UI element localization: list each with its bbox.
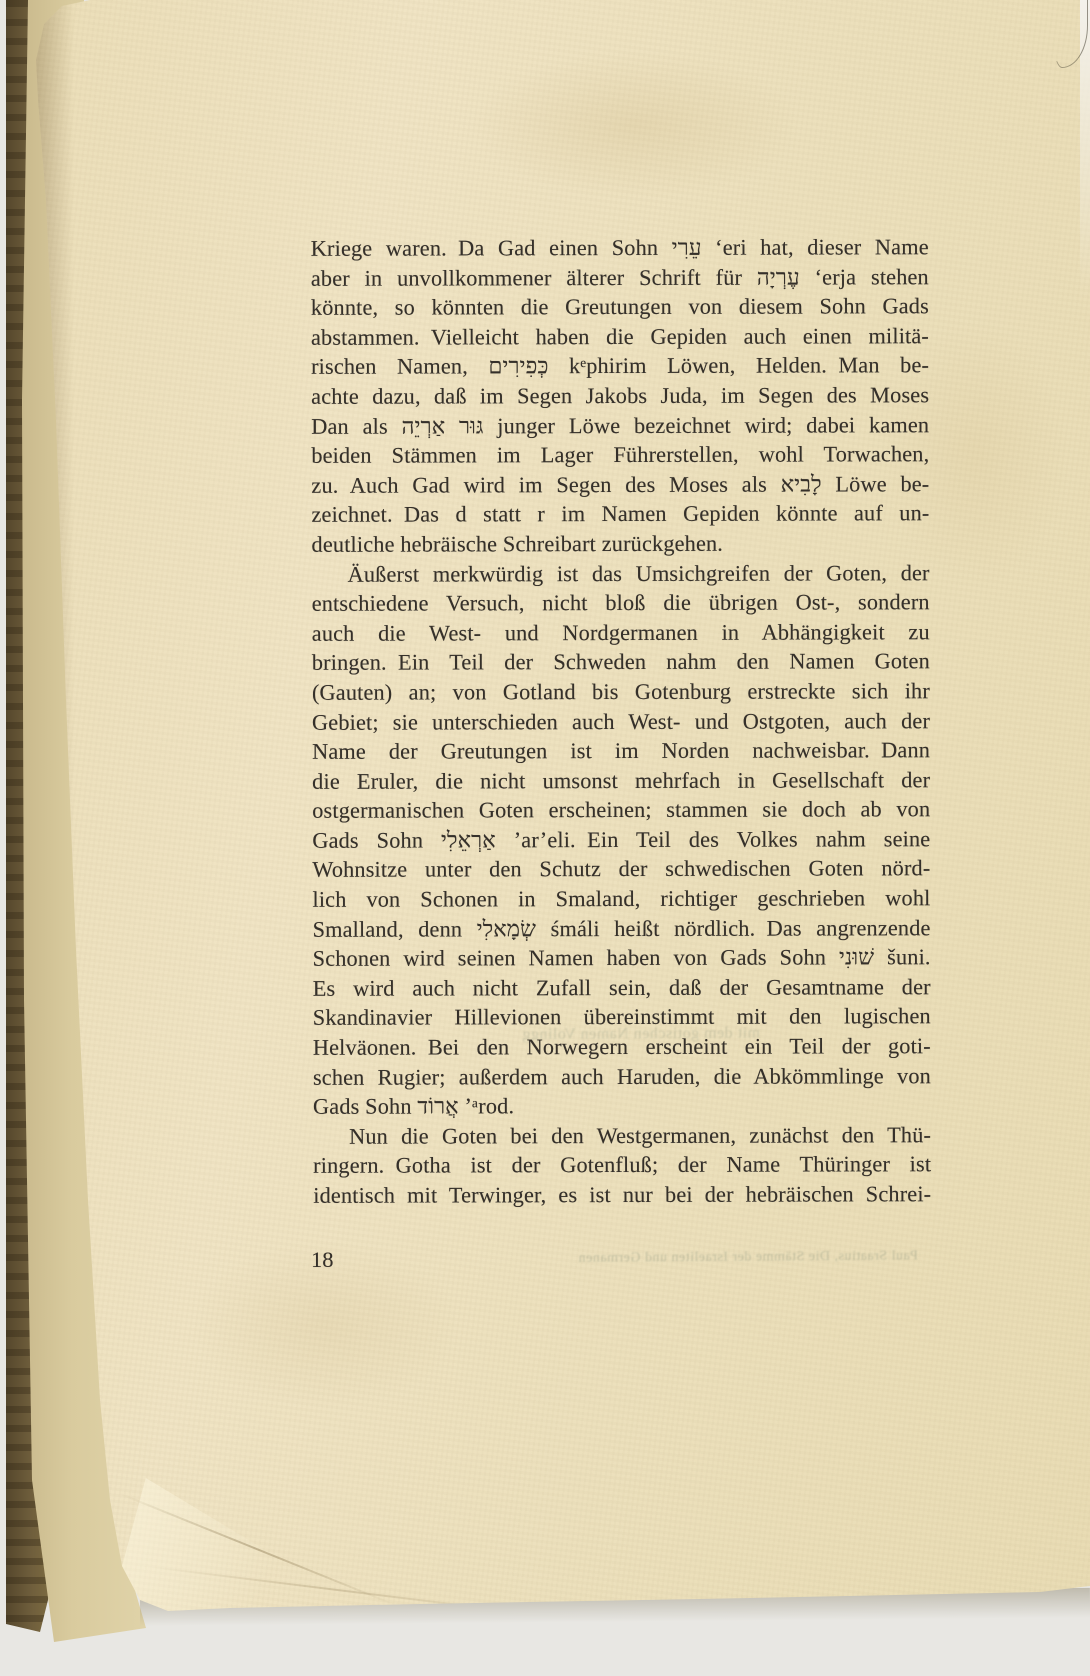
- text-line: Nun die Goten bei den Westgermanen, zunä…: [313, 1120, 931, 1151]
- text-line: Smalland, denn שְׂמָאלִי śmáli heißt nör…: [313, 913, 931, 944]
- text-line: entschiedene Versuch, nicht bloß die übr…: [312, 587, 930, 618]
- text-line: Kriege waren. Da Gad einen Sohn עֵרִי ‘e…: [311, 232, 929, 263]
- text-line: Es wird auch nicht Zufall sein, daß der …: [313, 972, 931, 1003]
- text-line: (Gauten) an; von Gotland bis Gotenburg e…: [312, 676, 930, 707]
- paper-sheet: mit dem gotischen Namen Volingg Paul Sra…: [0, 0, 1090, 1676]
- text-line: auch die West- und Nordgermanen in Abhän…: [312, 617, 930, 648]
- text-line: Schonen wird seinen Namen haben von Gads…: [313, 942, 931, 973]
- text-line: achte dazu, daß im Segen Jakobs Juda, im…: [311, 380, 929, 411]
- text-line: deutliche hebräische Schreibart zurückge…: [311, 528, 929, 559]
- text-line: lich von Schonen in Smaland, richtiger g…: [312, 883, 930, 914]
- text-line: ringern. Gotha ist der Gotenfluß; der Na…: [313, 1150, 931, 1181]
- text-line: die Eruler, die nicht umsonst mehrfach i…: [312, 765, 930, 796]
- text-line: Name der Greutungen ist im Norden nachwe…: [312, 735, 930, 766]
- text-line: Helväonen. Bei den Norwegern erscheint e…: [313, 1031, 931, 1062]
- text-line: abstammen. Vielleicht haben die Gepiden …: [311, 321, 929, 352]
- body-text-block: Kriege waren. Da Gad einen Sohn עֵרִי ‘e…: [311, 232, 932, 1210]
- text-line: schen Rugier; außerdem auch Haruden, die…: [313, 1061, 931, 1092]
- text-line: Gads Sohn אֲרוֹד ’ᵃrod.: [313, 1090, 931, 1121]
- text-line: Wohnsitze unter den Schutz der schwedisc…: [312, 854, 930, 885]
- text-line: zu. Auch Gad wird im Segen des Moses als…: [311, 469, 929, 500]
- bleedthrough-footnote: Paul Sraatius, Die Stämme der Israeliten…: [468, 1248, 918, 1267]
- text-line: identisch mit Terwinger, es ist nur bei …: [313, 1179, 931, 1210]
- text-line: könnte, so könnten die Greutungen von di…: [311, 291, 929, 322]
- text-line: beiden Stämmen im Lager Führerstellen, w…: [311, 439, 929, 470]
- text-line: Dan als גּוּר אַרְיֵה junger Löwe bezeic…: [311, 410, 929, 441]
- text-line: Äußerst merkwürdig ist das Umsichgreifen…: [312, 558, 930, 589]
- text-line: rischen Namen, כְּפִירִים kᵉphirim Löwen…: [311, 351, 929, 382]
- text-line: ostgermanischen Goten erscheinen; stamme…: [312, 794, 930, 825]
- text-line: aber in unvollkommener älterer Schrift f…: [311, 262, 929, 293]
- text-line: Skandinavier Hillevionen übereinstimmt m…: [313, 1002, 931, 1033]
- text-line: Gads Sohn אַרְאֵלִי ’ar’eli. Ein Teil de…: [312, 824, 930, 855]
- text-line: Gebiet; sie unterschieden auch West- und…: [312, 706, 930, 737]
- text-line: bringen. Ein Teil der Schweden nahm den …: [312, 647, 930, 678]
- page-number: 18: [311, 1247, 334, 1273]
- text-line: zeichnet. Das d statt r im Namen Gepiden…: [311, 499, 929, 530]
- scanned-book-page: mit dem gotischen Namen Volingg Paul Sra…: [0, 0, 1090, 1676]
